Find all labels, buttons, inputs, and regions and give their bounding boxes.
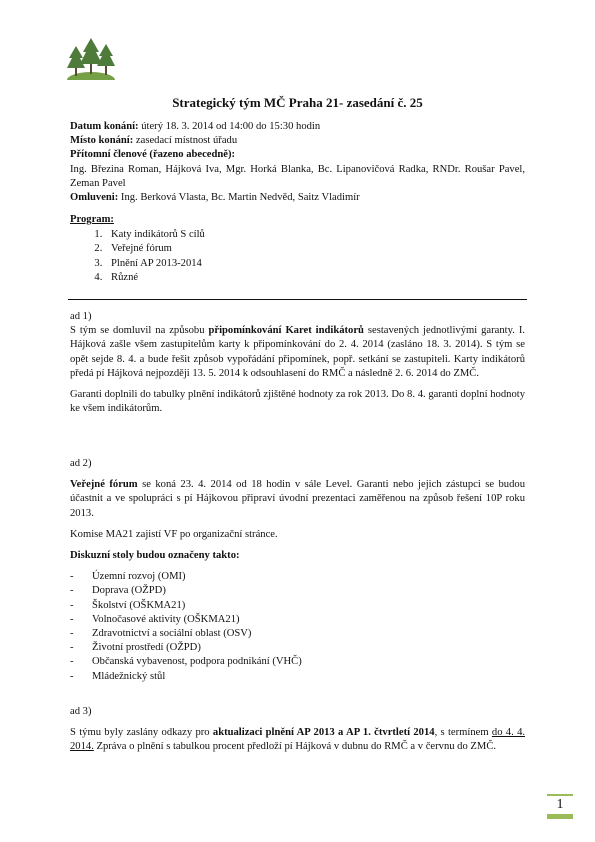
place-value: zasedací místnost úřadu [133, 135, 237, 146]
excused-members: Omluveni: Ing. Berková Vlasta, Bc. Marti… [70, 191, 525, 205]
excused-label: Omluveni: [70, 192, 118, 203]
program: Program: Katy indikátorů S cílů Veřejné … [70, 213, 525, 285]
discussion-tables-label: Diskuzní stoly budou označeny takto: [70, 549, 525, 563]
text-run-bold: Veřejné fórum [70, 479, 138, 490]
page-number: 1 [547, 797, 573, 813]
section-2-heading: ad 2) [70, 457, 525, 471]
page-number-bar-top [547, 794, 573, 796]
list-item: Mládežnický stůl [70, 670, 525, 684]
list-item: Občanská vybavenost, podpora podnikání (… [70, 655, 525, 669]
forest-trees-icon [66, 38, 116, 80]
present-label: Přítomní členové (řazeno abecedně): [70, 148, 525, 162]
section-1-paragraph: S tým se domluvil na způsobu připomínkov… [70, 324, 525, 381]
section-3: ad 3) S týmu byly zaslány odkazy pro akt… [70, 705, 525, 755]
text-run-bold: připomínkování Karet indikátorů [208, 325, 363, 336]
program-title: Program: [70, 213, 525, 227]
section-1: ad 1) S tým se domluvil na způsobu připo… [70, 310, 525, 416]
program-list: Katy indikátorů S cílů Veřejné fórum Pln… [70, 228, 525, 285]
list-item: Životní prostředí (OŽPD) [70, 641, 525, 655]
list-item: Zdravotnictví a sociální oblast (OSV) [70, 627, 525, 641]
list-item: Volnočasové aktivity (OŠKMA21) [70, 613, 525, 627]
discussion-tables-list: Územní rozvoj (OMI) Doprava (OŽPD) Škols… [70, 570, 525, 684]
program-item: Veřejné fórum [105, 242, 525, 256]
text-run-bold: aktualizaci plnění AP 2013 a AP 1. čtvrt… [213, 727, 435, 738]
meeting-date: Datum konání: úterý 18. 3. 2014 od 14:00… [70, 120, 525, 134]
section-3-paragraph: S týmu byly zaslány odkazy pro aktualiza… [70, 726, 525, 754]
program-item: Plnění AP 2013-2014 [105, 257, 525, 271]
page-number-bar-bottom [547, 814, 573, 819]
text-run: S týmu byly zaslány odkazy pro [70, 727, 213, 738]
section-3-heading: ad 3) [70, 705, 525, 719]
text-run: se koná 23. 4. 2014 od 18 hodin v sále L… [70, 479, 525, 518]
excused-value: Ing. Berková Vlasta, Bc. Martin Nedvěd, … [118, 192, 359, 203]
document-page: Strategický tým MČ Praha 21- zasedání č.… [0, 0, 595, 842]
section-2-paragraph-2: Komise MA21 zajistí VF po organizační st… [70, 528, 525, 542]
text-run: , s termínem [435, 727, 492, 738]
section-1-heading: ad 1) [70, 310, 525, 324]
text-run: S tým se domluvil na způsobu [70, 325, 208, 336]
program-item: Různé [105, 271, 525, 285]
program-item: Katy indikátorů S cílů [105, 228, 525, 242]
section-1-paragraph-2: Garanti doplnili do tabulky plnění indik… [70, 388, 525, 416]
present-members: Ing. Březina Roman, Hájková Iva, Mgr. Ho… [70, 163, 525, 191]
date-label: Datum konání: [70, 121, 139, 132]
text-run: Zpráva o plnění s tabulkou procent předl… [94, 741, 496, 752]
section-2-paragraph: Veřejné fórum se koná 23. 4. 2014 od 18 … [70, 478, 525, 521]
section-2: ad 2) Veřejné fórum se koná 23. 4. 2014 … [70, 457, 525, 684]
date-value: úterý 18. 3. 2014 od 14:00 do 15:30 hodi… [139, 121, 321, 132]
list-item: Školství (OŠKMA21) [70, 599, 525, 613]
section-divider [68, 299, 527, 300]
place-label: Místo konání: [70, 135, 133, 146]
list-item: Doprava (OŽPD) [70, 584, 525, 598]
meeting-place: Místo konání: zasedací místnost úřadu [70, 134, 525, 148]
page-title: Strategický tým MČ Praha 21- zasedání č.… [0, 95, 595, 111]
meeting-info: Datum konání: úterý 18. 3. 2014 od 14:00… [70, 120, 525, 205]
list-item: Územní rozvoj (OMI) [70, 570, 525, 584]
